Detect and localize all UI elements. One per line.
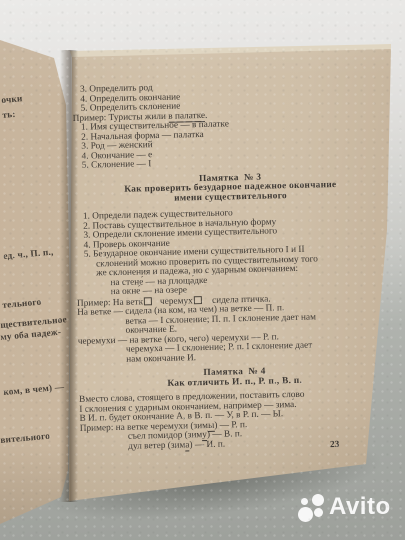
avito-wordmark: Avito <box>329 493 391 521</box>
avito-watermark: Avito <box>292 492 402 536</box>
blank-ending-box <box>144 297 152 305</box>
left-page-text-fragment: очки <box>1 94 23 106</box>
page-text: 3. Определить род4. Определить окончание… <box>70 79 394 453</box>
blank-ending-box <box>194 296 202 304</box>
book-photo: очкить:ед. ч., П. п.,тельногоществительн… <box>0 0 405 540</box>
book-spine-gutter <box>60 50 78 502</box>
left-page-text-fragment: вительного <box>0 432 51 446</box>
left-page-text-fragment: му оба падеж- <box>0 328 61 343</box>
left-page-text-fragment: ществительное <box>0 315 67 331</box>
left-page-text-fragment: ком, в чем) — <box>3 383 65 398</box>
left-page-text-fragment: тельного <box>2 298 42 311</box>
left-page-text-fragment: ед. ч., П. п., <box>3 248 54 262</box>
left-page-text-fragment: ть: <box>2 110 16 121</box>
page-number: 23 <box>330 440 340 450</box>
